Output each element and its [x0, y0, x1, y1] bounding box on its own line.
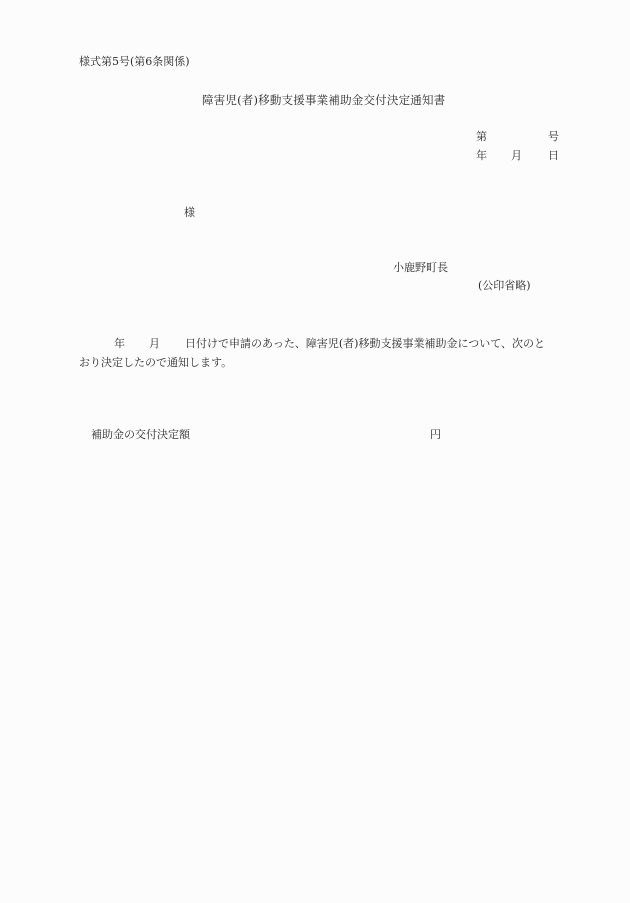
document-number: 第 号 [476, 130, 558, 144]
document-title: 障害児(者)移動支援事業補助金交付決定通知書 [202, 93, 445, 107]
date-month: 月 [511, 149, 522, 163]
seal-note: (公印省略) [478, 279, 531, 293]
sender-name: 小鹿野町長 [393, 261, 448, 275]
date-year: 年 [476, 149, 487, 162]
date-day: 日 [548, 149, 559, 163]
issue-date: 年 月 日 [476, 149, 558, 163]
body-paragraph: 年月日付けで申請のあった、障害児(者)移動支援事業補助金について、次のと おり決… [79, 334, 574, 372]
amount-label: 補助金の交付決定額 [91, 428, 190, 442]
addressee-honorific: 様 [184, 206, 195, 220]
body-year: 年 [114, 337, 125, 350]
amount-unit: 円 [430, 428, 441, 442]
number-prefix: 第 [476, 130, 487, 143]
body-month: 月 [149, 337, 160, 350]
body-line-1-text: 日付けで申請のあった、障害児(者)移動支援事業補助金について、次のと [185, 337, 545, 350]
number-suffix: 号 [548, 130, 559, 144]
body-line-1: 年月日付けで申請のあった、障害児(者)移動支援事業補助金について、次のと [79, 334, 574, 353]
body-line-2: おり決定したので通知します。 [79, 353, 574, 372]
form-label: 様式第5号(第6条関係) [79, 55, 190, 69]
